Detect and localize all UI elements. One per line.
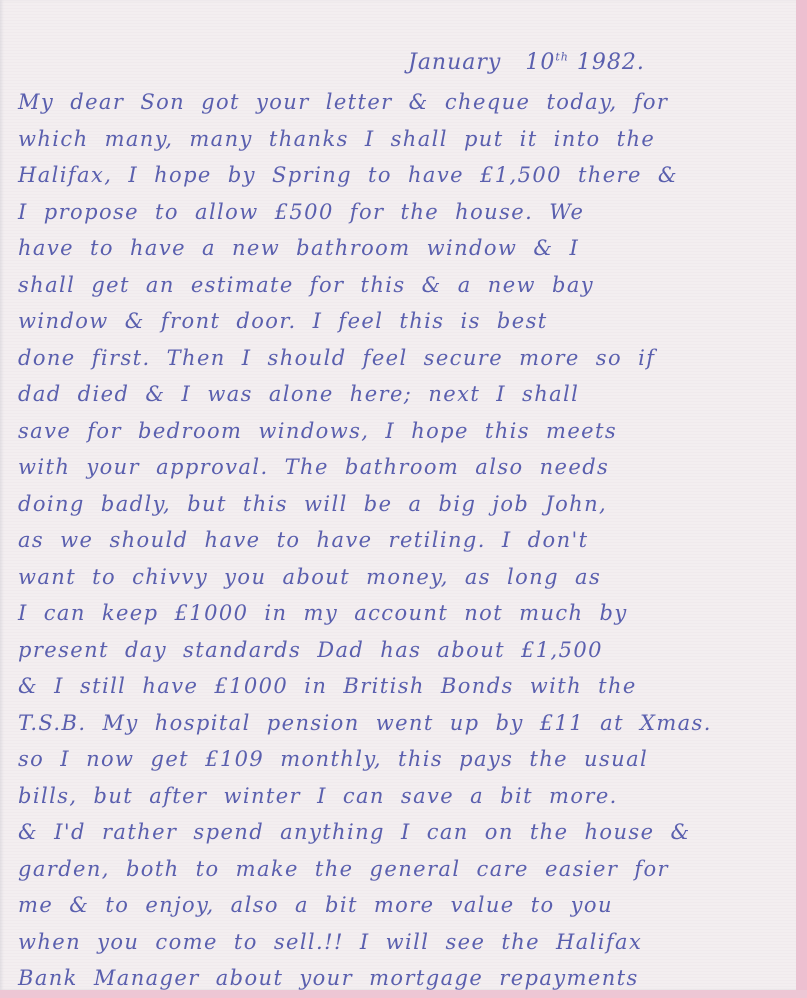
date-day: 10 [525, 50, 555, 75]
letter-line: bills, but after winter I can save a bit… [18, 778, 783, 815]
letter-line: save for bedroom windows, I hope this me… [18, 413, 783, 450]
letter-line: when you come to sell.!! I will see the … [18, 924, 783, 961]
letter-line: present day standards Dad has about £1,5… [18, 632, 783, 669]
letter-line: T.S.B. My hospital pension went up by £1… [18, 705, 783, 742]
letter-line: I can keep £1000 in my account not much … [18, 595, 783, 632]
letter-page: January 10th 1982. My dear Son got your … [0, 0, 796, 990]
letter-line: with your approval. The bathroom also ne… [18, 449, 783, 486]
letter-line: have to have a new bathroom window & I [18, 230, 783, 267]
letter-line: My dear Son got your letter & cheque tod… [18, 84, 783, 121]
letter-line: want to chivvy you about money, as long … [18, 559, 783, 596]
letter-line: dad died & I was alone here; next I shal… [18, 376, 783, 413]
pink-page-margin-right [796, 0, 807, 998]
letter-body: My dear Son got your letter & cheque tod… [18, 84, 783, 997]
letter-line: doing badly, but this will be a big job … [18, 486, 783, 523]
letter-line: me & to enjoy, also a bit more value to … [18, 887, 783, 924]
letter-date: January 10th 1982. [408, 50, 645, 75]
letter-line: garden, both to make the general care ea… [18, 851, 783, 888]
letter-line: done first. Then I should feel secure mo… [18, 340, 783, 377]
letter-line: & I'd rather spend anything I can on the… [18, 814, 783, 851]
letter-line: as we should have to have retiling. I do… [18, 522, 783, 559]
letter-line: I propose to allow £500 for the house. W… [18, 194, 783, 231]
letter-line: window & front door. I feel this is best [18, 303, 783, 340]
pink-page-margin-bottom [0, 990, 807, 998]
date-day-suffix: th [555, 51, 569, 64]
letter-line: shall get an estimate for this & a new b… [18, 267, 783, 304]
date-month: January [408, 50, 501, 75]
letter-line: which many, many thanks I shall put it i… [18, 121, 783, 158]
date-year: 1982. [577, 50, 645, 75]
letter-line: & I still have £1000 in British Bonds wi… [18, 668, 783, 705]
letter-line: Halifax, I hope by Spring to have £1,500… [18, 157, 783, 194]
letter-line: so I now get £109 monthly, this pays the… [18, 741, 783, 778]
